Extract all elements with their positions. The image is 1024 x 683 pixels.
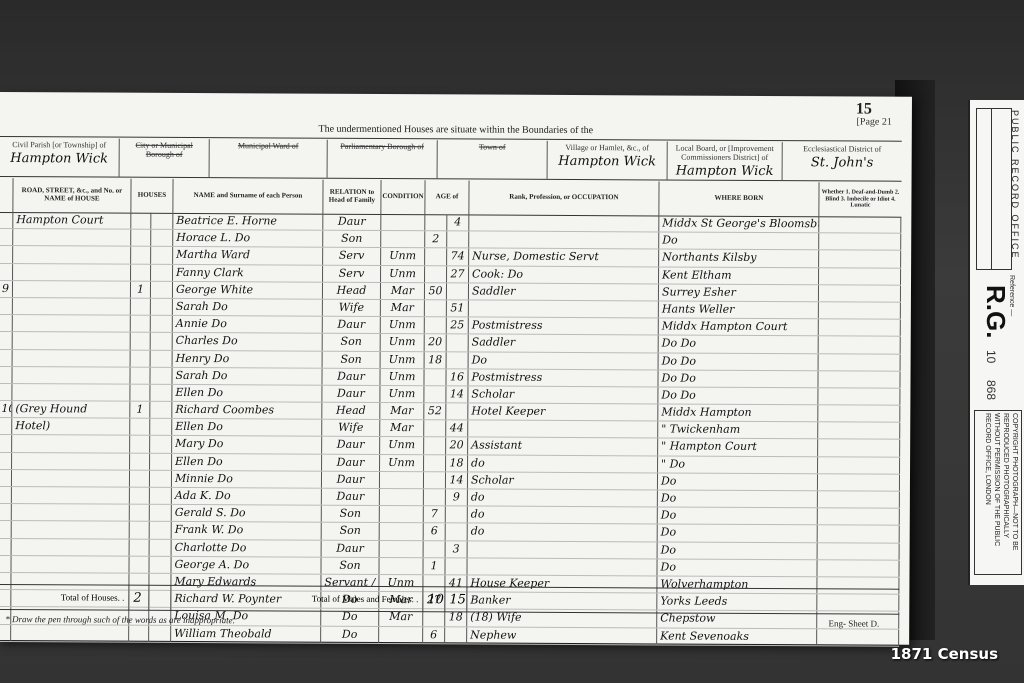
admin-village: Village or Hamlet, &c., of Hampton Wick	[548, 141, 668, 180]
name-cell: Ellen Do	[172, 419, 322, 436]
female-age-cell	[447, 232, 469, 248]
col-occupation: Rank, Profession, or OCCUPATION	[469, 180, 659, 215]
female-age-cell	[446, 524, 468, 540]
total-persons-label: Total of Males and Females. .	[171, 586, 423, 611]
relation-cell: Son	[322, 523, 380, 539]
totals-blank	[467, 587, 899, 613]
name-cell: Horace L. Do	[173, 230, 323, 247]
female-age-cell	[447, 335, 469, 351]
relation-cell: Do	[321, 626, 379, 642]
name-cell: Ellen Do	[172, 385, 322, 402]
male-age-cell	[424, 369, 446, 385]
occupation-cell: Cook: Do	[469, 266, 659, 283]
condition-cell	[380, 472, 424, 488]
schedule-cell	[0, 504, 12, 520]
road-cell	[12, 504, 130, 521]
occupation-cell: do	[468, 507, 658, 524]
infirmity-cell	[818, 405, 900, 422]
male-age-cell	[424, 455, 446, 471]
class-code: R.G.	[980, 285, 1011, 338]
male-age-cell: 7	[424, 506, 446, 522]
infirmity-cell	[818, 371, 900, 388]
female-age-cell: 27	[447, 266, 469, 282]
uninhabited-cell	[150, 385, 172, 401]
relation-cell: Head	[322, 403, 380, 419]
female-age-cell: 18	[446, 455, 468, 471]
uninhabited-cell	[150, 453, 172, 469]
female-age-cell: 25	[447, 317, 469, 333]
admin-local-board: Local Board, or [Improvement Commissione…	[668, 141, 783, 180]
infirmity-cell	[819, 268, 901, 285]
boundary-title: The undermentioned Houses are situate wi…	[0, 122, 912, 138]
female-age-cell	[446, 507, 468, 523]
male-age-cell	[425, 317, 447, 333]
uninhabited-cell	[150, 436, 172, 452]
road-cell	[12, 487, 130, 504]
schedule-cell	[0, 229, 13, 245]
female-age-cell	[447, 352, 469, 368]
where-born-cell: Do	[658, 508, 818, 525]
occupation-cell: Assistant	[468, 438, 658, 455]
uninhabited-cell	[150, 402, 172, 418]
where-born-cell: Middx Hampton	[658, 405, 818, 422]
uninhabited-cell	[151, 213, 173, 229]
condition-cell	[381, 214, 425, 230]
admin-parliamentary-borough: Parliamentary Borough of	[328, 140, 438, 179]
relation-cell: Daur	[322, 386, 380, 402]
inhabited-cell	[130, 522, 150, 538]
occupation-cell: Nurse, Domestic Servt	[469, 249, 659, 266]
condition-cell: Unm	[381, 248, 425, 264]
relation-cell: Daur	[323, 317, 381, 333]
occupation-cell: Saddler	[469, 283, 659, 300]
where-born-cell: Hants Weller	[659, 301, 819, 318]
condition-cell	[380, 506, 424, 522]
condition-cell: Mar	[381, 300, 425, 316]
uninhabited-cell	[150, 522, 172, 538]
road-cell	[12, 539, 130, 556]
occupation-cell	[469, 214, 659, 231]
schedule-cell	[0, 315, 13, 331]
inhabited-cell	[130, 385, 150, 401]
occupation-cell: do	[468, 524, 658, 541]
female-age-cell: 9	[446, 489, 468, 505]
where-born-cell: " Hampton Court	[658, 439, 818, 456]
relation-cell: Daur	[322, 472, 380, 488]
occupation-cell: Postmistress	[469, 318, 659, 335]
schedule-cell	[0, 384, 12, 400]
uninhabited-cell	[151, 282, 173, 298]
male-age-cell: 6	[424, 524, 446, 540]
road-cell	[13, 298, 131, 315]
uninhabited-cell	[151, 264, 173, 280]
pro-reference-card: PUBLIC RECORD OFFICE Reference — R.G. 10…	[968, 100, 1024, 585]
name-cell: George A. Do	[171, 557, 321, 574]
male-age-cell: 50	[425, 283, 447, 299]
condition-cell	[380, 489, 424, 505]
male-age-cell: 2	[425, 231, 447, 247]
relation-cell: Wife	[323, 300, 381, 316]
name-cell: Fanny Clark	[173, 264, 323, 281]
occupation-cell	[467, 558, 657, 575]
schedule-cell	[0, 521, 12, 537]
road-cell	[13, 350, 131, 367]
infirmity-cell	[818, 543, 900, 560]
male-age-cell	[424, 386, 446, 402]
infirmity-cell	[818, 491, 900, 508]
inhabited-cell	[131, 247, 151, 263]
name-cell: Sarah Do	[172, 368, 322, 385]
relation-cell: Daur	[322, 454, 380, 470]
female-age-cell: 4	[447, 214, 469, 230]
female-age-cell: 14	[446, 472, 468, 488]
admin-ecclesiastical-district: Ecclesiastical District of St. John's	[783, 142, 902, 181]
male-age-cell: 18	[425, 352, 447, 368]
inhabited-cell	[129, 556, 149, 572]
infirmity-cell	[819, 354, 901, 371]
uninhabited-cell	[151, 350, 173, 366]
schedule-cell	[0, 349, 13, 365]
male-age-cell	[424, 438, 446, 454]
admin-civil-parish: Civil Parish [or Township] of Hampton Wi…	[0, 138, 120, 177]
condition-cell: Unm	[380, 437, 424, 453]
occupation-cell	[468, 541, 658, 558]
occupation-cell	[469, 232, 659, 249]
infirmity-cell	[817, 560, 899, 577]
road-cell: Hotel)	[12, 418, 130, 435]
infirmity-cell	[818, 474, 900, 491]
road-cell	[12, 367, 130, 384]
name-cell: Beatrice E. Horne	[173, 213, 323, 230]
name-cell: Annie Do	[173, 316, 323, 333]
road-cell	[11, 625, 129, 642]
relation-cell: Head	[323, 282, 381, 298]
occupation-cell: Scholar	[468, 472, 658, 489]
table-row: William TheobaldDo6NephewKent Sevenoaks	[0, 624, 899, 646]
occupation-cell: Hotel Keeper	[468, 404, 658, 421]
inhabited-cell	[130, 436, 150, 452]
infirmity-cell	[818, 457, 900, 474]
admin-header-row: Civil Parish [or Township] of Hampton Wi…	[0, 138, 902, 182]
female-age-cell	[445, 627, 467, 643]
relation-cell: Daur	[322, 437, 380, 453]
col-name: NAME and Surname of each Person	[173, 179, 323, 214]
road-cell	[13, 281, 131, 298]
name-cell: Ellen Do	[172, 454, 322, 471]
female-age-cell	[445, 558, 467, 574]
infirmity-cell	[819, 337, 901, 354]
name-cell: Mary Do	[172, 436, 322, 453]
schedule-cell	[0, 453, 12, 469]
occupation-cell: Postmistress	[468, 369, 658, 386]
road-cell	[12, 470, 130, 487]
relation-cell: Daur	[322, 368, 380, 384]
where-born-cell: Kent Eltham	[659, 267, 819, 284]
inhabited-cell	[130, 470, 150, 486]
admin-municipal-borough: City or Municipal Borough of	[120, 139, 210, 177]
uninhabited-cell	[151, 316, 173, 332]
inhabited-cell	[131, 264, 151, 280]
schedule-cell	[0, 246, 13, 262]
road-cell	[12, 521, 130, 538]
scale-ruler	[976, 108, 1012, 270]
infirmity-cell	[819, 319, 901, 336]
inhabited-cell	[130, 367, 150, 383]
road-cell	[12, 436, 130, 453]
name-cell: Gerald S. Do	[172, 505, 322, 522]
relation-cell: Son	[322, 506, 380, 522]
name-cell: William Theobald	[171, 625, 321, 642]
name-cell: George White	[173, 282, 323, 299]
name-cell: Minnie Do	[172, 471, 322, 488]
uninhabited-cell	[149, 557, 171, 573]
road-cell	[13, 264, 131, 281]
footnote: * Draw the pen through such of the words…	[5, 614, 235, 625]
condition-cell: Unm	[381, 266, 425, 282]
uninhabited-cell	[150, 471, 172, 487]
eng-sheet-label: Eng- Sheet D.	[828, 618, 879, 628]
inhabited-cell	[131, 299, 151, 315]
infirmity-cell	[819, 302, 901, 319]
schedule-cell	[0, 539, 12, 555]
uninhabited-cell	[150, 367, 172, 383]
where-born-cell: Do Do	[658, 387, 818, 404]
schedule-cell	[0, 264, 13, 280]
schedule-cell: 10*	[0, 401, 12, 417]
inhabited-cell	[130, 505, 150, 521]
total-houses-value: 2	[129, 586, 149, 610]
col-condition: CONDITION	[381, 180, 425, 214]
col-age: AGE of	[425, 180, 469, 214]
male-age-cell: 52	[424, 403, 446, 419]
inhabited-cell	[130, 453, 150, 469]
male-age-cell	[425, 214, 447, 230]
male-age-cell	[425, 266, 447, 282]
road-cell	[13, 315, 131, 332]
male-age-cell	[424, 472, 446, 488]
occupation-cell: Scholar	[468, 386, 658, 403]
where-born-cell: Northants Kilsby	[659, 250, 819, 267]
schedule-cell	[0, 556, 12, 572]
schedule-cell	[0, 435, 12, 451]
relation-cell: Son	[323, 351, 381, 367]
relation-cell: Daur	[322, 489, 380, 505]
infirmity-cell	[818, 440, 900, 457]
condition-cell: Unm	[380, 455, 424, 471]
where-born-cell: " Twickenham	[658, 422, 818, 439]
uninhabited-cell	[149, 625, 171, 641]
copyright-notice: COPYRIGHT PHOTOGRAPH—NOT TO BE REPRODUCE…	[974, 410, 1022, 575]
condition-cell	[379, 558, 423, 574]
condition-cell: Mar	[380, 420, 424, 436]
condition-cell	[380, 541, 424, 557]
road-cell: Hampton Court	[13, 212, 131, 229]
total-uninhabited	[149, 586, 171, 610]
schedule-cell	[0, 332, 13, 348]
where-born-cell: Do	[658, 525, 818, 542]
inhabited-cell	[131, 230, 151, 246]
total-females: 15	[445, 587, 467, 611]
condition-cell: Unm	[381, 317, 425, 333]
where-born-cell: Do	[658, 490, 818, 507]
uninhabited-cell	[151, 333, 173, 349]
where-born-cell: Do	[657, 559, 817, 576]
condition-cell	[381, 231, 425, 247]
class-number: 10	[984, 350, 998, 363]
inhabited-cell	[131, 350, 151, 366]
infirmity-cell	[818, 526, 900, 543]
schedule-cell: 9	[0, 281, 13, 297]
where-born-cell: Do	[659, 233, 819, 250]
infirmity-cell	[817, 629, 899, 646]
uninhabited-cell	[150, 488, 172, 504]
where-born-cell: Middx St George's Bloomsbury	[659, 215, 819, 232]
infirmity-cell	[819, 251, 901, 268]
road-cell	[12, 384, 130, 401]
male-age-cell: 20	[425, 335, 447, 351]
condition-cell: Mar	[381, 283, 425, 299]
name-cell: Henry Do	[173, 350, 323, 367]
male-age-cell	[424, 489, 446, 505]
inhabited-cell: 1	[131, 281, 151, 297]
inhabited-cell	[131, 316, 151, 332]
inhabited-cell	[130, 539, 150, 555]
road-cell	[13, 246, 131, 263]
condition-cell	[380, 523, 424, 539]
where-born-cell: Surrey Esher	[659, 284, 819, 301]
infirmity-cell	[819, 233, 901, 250]
condition-cell	[379, 626, 423, 642]
female-age-cell: 3	[446, 541, 468, 557]
road-cell	[11, 556, 129, 573]
inhabited-cell	[131, 213, 151, 229]
col-houses: HOUSES	[131, 179, 173, 213]
office-name: PUBLIC RECORD OFFICE	[1010, 110, 1020, 260]
where-born-cell: Do	[658, 473, 818, 490]
where-born-cell: Do	[658, 542, 818, 559]
col-relation: RELATION to Head of Family	[323, 180, 381, 214]
schedule-cell	[0, 367, 13, 383]
uninhabited-cell	[150, 539, 172, 555]
road-cell	[12, 453, 130, 470]
piece-number: 868	[984, 380, 998, 400]
infirmity-cell	[818, 508, 900, 525]
name-cell: Sarah Do	[173, 299, 323, 316]
condition-cell: Unm	[381, 351, 425, 367]
inhabited-cell	[130, 419, 150, 435]
schedule-cell	[0, 470, 12, 486]
road-cell	[13, 332, 131, 349]
census-sheet: 15 [Page 21 The undermentioned Houses ar…	[0, 92, 912, 645]
occupation-cell: do	[468, 455, 658, 472]
female-age-cell: 16	[446, 369, 468, 385]
totals-row: Total of Houses. . 2 Total of Males and …	[0, 584, 899, 615]
occupation-cell	[469, 300, 659, 317]
occupation-cell: Nephew	[467, 627, 657, 644]
relation-cell: Son	[323, 334, 381, 350]
schedule-cell	[0, 212, 13, 228]
schedule-cell	[0, 298, 13, 314]
occupation-cell: Saddler	[469, 335, 659, 352]
inhabited-cell	[130, 488, 150, 504]
condition-cell: Unm	[381, 334, 425, 350]
relation-cell: Daur	[322, 540, 380, 556]
total-males: 10	[423, 587, 445, 611]
schedule-cell	[0, 624, 11, 640]
relation-cell: Son	[323, 231, 381, 247]
name-cell: Martha Ward	[173, 247, 323, 264]
relation-cell: Serv	[323, 265, 381, 281]
condition-cell: Unm	[380, 386, 424, 402]
census-rows: Hampton CourtBeatrice E. HorneDaur4Middx…	[0, 212, 901, 646]
male-age-cell	[424, 420, 446, 436]
infirmity-cell	[819, 285, 901, 302]
infirmity-cell	[818, 423, 900, 440]
where-born-cell: Middx Hampton Court	[659, 319, 819, 336]
name-cell: Ada K. Do	[172, 488, 322, 505]
male-age-cell	[425, 249, 447, 265]
infirmity-cell	[818, 388, 900, 405]
where-born-cell: Kent Sevenoaks	[657, 628, 817, 645]
female-age-cell	[446, 403, 468, 419]
total-houses-label: Total of Houses. .	[0, 585, 129, 610]
occupation-cell	[468, 421, 658, 438]
admin-municipal-ward: Municipal Ward of	[210, 139, 328, 178]
inhabited-cell: 1	[130, 402, 150, 418]
male-age-cell: 1	[423, 558, 445, 574]
where-born-cell: " Do	[658, 456, 818, 473]
female-age-cell: 74	[447, 249, 469, 265]
female-age-cell: 44	[446, 421, 468, 437]
name-cell: Richard Coombes	[172, 402, 322, 419]
condition-cell: Unm	[380, 369, 424, 385]
name-cell: Charles Do	[173, 333, 323, 350]
schedule-cell	[0, 487, 12, 503]
inhabited-cell	[131, 333, 151, 349]
where-born-cell: Do Do	[659, 353, 819, 370]
col-road: ROAD, STREET, &c., and No. or NAME of HO…	[13, 178, 131, 213]
male-age-cell	[424, 541, 446, 557]
relation-cell: Wife	[322, 420, 380, 436]
image-caption: 1871 Census	[891, 645, 998, 663]
col-where-born: WHERE BORN	[659, 181, 819, 216]
relation-cell: Daur	[323, 214, 381, 230]
name-cell: Frank W. Do	[172, 522, 322, 539]
female-age-cell: 51	[447, 300, 469, 316]
uninhabited-cell	[150, 419, 172, 435]
road-cell: (Grey Hound	[12, 401, 130, 418]
uninhabited-cell	[151, 247, 173, 263]
infirmity-cell	[819, 216, 901, 233]
col-infirmity: Whether 1. Deaf-and-Dumb 2. Blind 3. Imb…	[819, 182, 901, 216]
col-schedule	[0, 178, 14, 212]
condition-cell: Mar	[380, 403, 424, 419]
female-age-cell	[447, 283, 469, 299]
name-cell: Charlotte Do	[172, 539, 322, 556]
uninhabited-cell	[151, 230, 173, 246]
male-age-cell: 6	[423, 627, 445, 643]
relation-cell: Serv	[323, 248, 381, 264]
female-age-cell: 20	[446, 438, 468, 454]
relation-cell: Son	[321, 557, 379, 573]
uninhabited-cell	[151, 299, 173, 315]
admin-town: Town of	[438, 140, 548, 179]
schedule-cell	[0, 418, 12, 434]
where-born-cell: Do Do	[659, 336, 819, 353]
inhabited-cell	[129, 625, 149, 641]
road-cell	[13, 229, 131, 246]
occupation-cell: Do	[469, 352, 659, 369]
